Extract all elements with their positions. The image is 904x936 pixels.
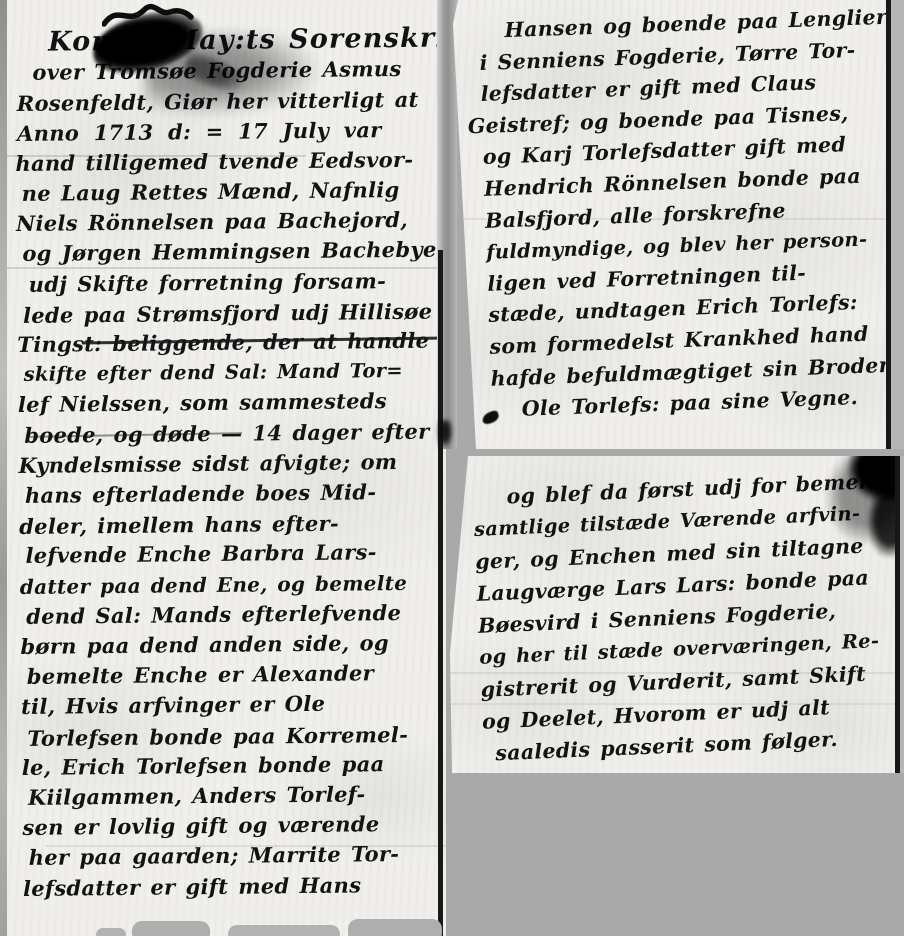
scanned-manuscript-document: { "document": { "year": "1713", "date": …	[0, 0, 904, 936]
ink-flourish	[102, 2, 194, 30]
text-line: udj Skifte forretning forsam-	[29, 265, 446, 300]
text-line: til, Hvis arfvinger er Ole	[21, 688, 446, 723]
scan-artifact-bump	[228, 925, 340, 936]
text-line: hans efterladende boes Mid-	[25, 476, 446, 511]
handwritten-text-top-right: Hansen og boende paa Lenglieri Senniens …	[478, 2, 893, 427]
text-line: bemelte Enche er Alexander	[27, 658, 446, 693]
text-line: børn paa dend anden side, og	[20, 628, 446, 663]
fold-crease	[6, 155, 306, 157]
scan-artifact-bump	[132, 921, 210, 936]
fold-crease	[6, 267, 446, 269]
text-line: hand tilligemed tvende Eedsvor-	[15, 144, 446, 179]
ink-blot-corner	[805, 456, 895, 566]
scan-artifact-bump	[348, 919, 442, 936]
manuscript-page-left: Kongl: May:ts Sorenskrifverover Tromsøe …	[6, 0, 446, 936]
text-line: lef Nielssen, som sammesteds	[18, 386, 446, 421]
text-line: deler, imellem hans efter-	[19, 508, 446, 543]
text-line: lefsdatter er gift med Hans	[23, 869, 446, 904]
text-line: dend Sal: Mands efterlefvende	[26, 597, 446, 632]
fold-crease	[46, 845, 446, 847]
text-line: datter paa dend Ene, og bemelte	[20, 567, 446, 602]
left-page-edge-shadow	[0, 0, 7, 936]
text-line: le, Erich Torlefsen bonde paa	[22, 748, 446, 783]
manuscript-page-bottom-right: og blef da først udj for bemeltesamtlige…	[450, 456, 895, 773]
text-line: sen er lovlig gift og værende	[22, 809, 446, 844]
ink-smudge-seam	[438, 420, 452, 446]
text-line: Anno 1713 d: = 17 July var	[17, 114, 446, 149]
fold-crease	[450, 703, 895, 705]
text-line: lede paa Strømsfjord udj Hillisøe	[23, 296, 446, 331]
text-line: Kyndelsmisse sidst afvigte; om	[18, 446, 446, 481]
fold-crease	[462, 218, 892, 220]
scan-edge-sliver	[891, 0, 904, 449]
text-line: Kiilgammen, Anders Torlef-	[28, 779, 446, 814]
text-line: Niels Rönnelsen paa Bachejord,	[16, 205, 446, 240]
text-line: Torlefsen bonde paa Korremel-	[27, 719, 446, 754]
manuscript-page-top-right: Hansen og boende paa Lenglieri Senniens …	[452, 0, 893, 449]
fold-crease	[450, 672, 895, 674]
left-page-edge-line	[438, 250, 443, 936]
text-line: ne Laug Rettes Mænd, Nafnlig	[22, 174, 446, 209]
scan-edge-sliver	[900, 456, 904, 773]
scan-canvas: Kongl: May:ts Sorenskrifverover Tromsøe …	[0, 0, 904, 936]
text-line: og Jørgen Hemmingsen Bachebye,	[22, 235, 446, 270]
text-line: skifte efter dend Sal: Mand Tor=	[23, 356, 446, 391]
text-line: lefvende Enche Barbra Lars-	[25, 537, 446, 572]
scan-artifact-bump	[96, 928, 126, 936]
